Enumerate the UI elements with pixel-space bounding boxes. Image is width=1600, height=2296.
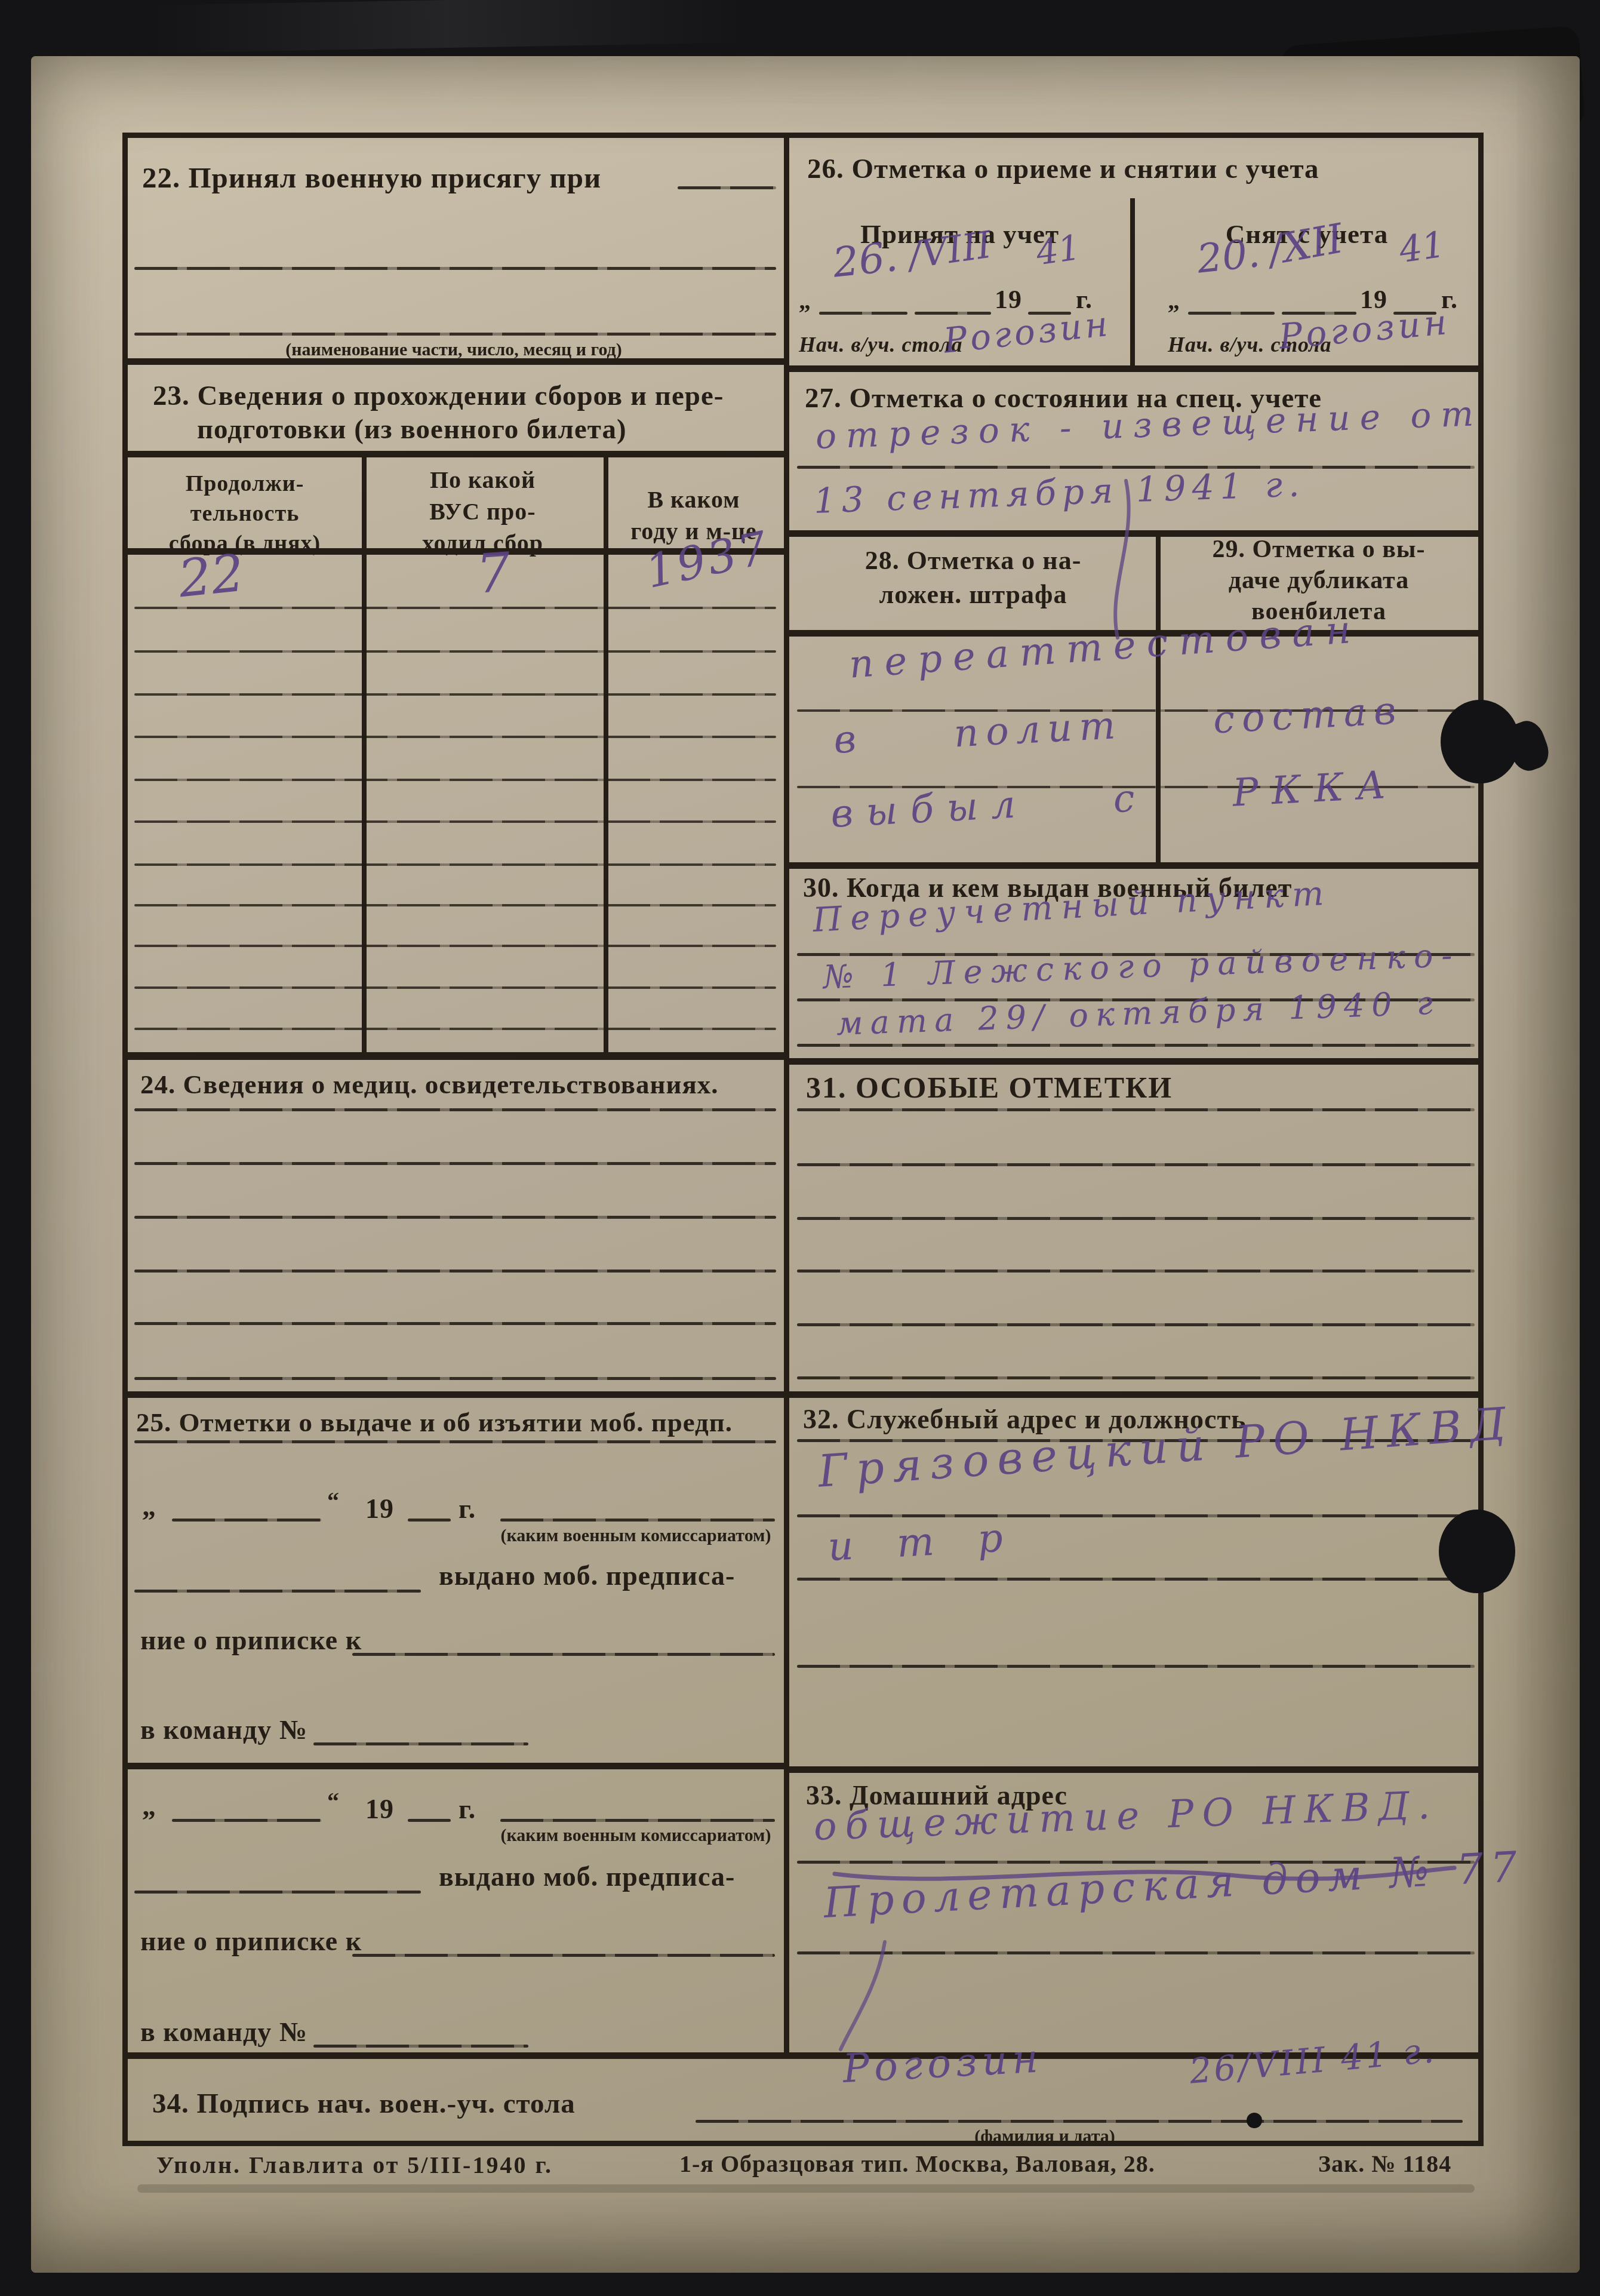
signature-line — [696, 2120, 1463, 2123]
footer-censor-imprint: Уполн. Главлита от 5/III-1940 г. — [156, 2152, 553, 2178]
section-29-title: даче дубликата — [1161, 567, 1476, 594]
year-prefix: 19 — [995, 285, 1022, 314]
rule-line — [797, 1951, 1475, 1954]
table-header-col2: ВУС про- — [362, 499, 604, 524]
section-23-title-line1: 23. Сведения о прохождении сборов и пере… — [153, 381, 724, 411]
table-row-line — [134, 779, 776, 781]
section-divider — [128, 1391, 784, 1398]
table-row-line — [134, 820, 776, 823]
rule-line — [797, 1108, 1475, 1111]
section-divider — [789, 862, 1478, 869]
section-26-title: 26. Отметка о приеме и снятии с учета — [807, 154, 1319, 185]
rule-line — [797, 1376, 1475, 1379]
year-prefix: 19 — [365, 1794, 394, 1824]
commissariat-caption: (каким военным комиссариатом) — [496, 1526, 776, 1545]
rule-line — [915, 312, 991, 315]
section-23-title-line2: подготовки (из военного билета) — [197, 414, 627, 445]
rule-line — [134, 1322, 776, 1325]
section-34-title: 34. Подпись нач. воен.-уч. стола — [152, 2089, 576, 2119]
open-quote: „ — [1168, 288, 1180, 313]
rule-line — [313, 1742, 528, 1745]
footer-smudge — [137, 2184, 1475, 2193]
table-row-line — [134, 986, 776, 989]
handwritten-year: 41 — [1397, 226, 1447, 268]
rule-line — [134, 1590, 421, 1593]
table-row-line — [134, 863, 776, 866]
section-25-title: 25. Отметки о выдаче и об изъятии моб. п… — [136, 1408, 733, 1437]
mob-block-divider — [128, 1763, 784, 1769]
mob-line2: ние о приписке к — [140, 1625, 362, 1655]
section-divider — [128, 358, 784, 365]
hole-punch — [1439, 1510, 1515, 1593]
commissariat-caption: (каким военным комиссариатом) — [496, 1826, 776, 1845]
ink-dot — [1247, 2113, 1262, 2128]
rule-line — [797, 1270, 1475, 1273]
rule-line — [352, 1954, 775, 1957]
mob-line1: выдано моб. предписа- — [439, 1862, 735, 1892]
open-quote: „ — [799, 288, 811, 313]
section-22-title: 22. Принял военную присягу при — [142, 162, 601, 194]
mob-line2: ние о приписке к — [140, 1926, 362, 1956]
table-row-line — [134, 650, 776, 653]
official-label: Нач. в/уч. стола — [799, 333, 962, 356]
rule-line — [500, 1519, 775, 1522]
handwritten-day: 26. — [831, 237, 900, 284]
rule-line — [134, 1216, 776, 1219]
open-quote: „ — [142, 1492, 156, 1522]
rule-line — [134, 267, 776, 270]
rule-line — [797, 1578, 1475, 1581]
table-bottom-border — [128, 1052, 784, 1060]
handwritten-address: и т р — [827, 1517, 1019, 1567]
rule-line — [172, 1519, 321, 1522]
rule-line — [797, 466, 1475, 469]
table-row-line — [134, 945, 776, 947]
rule-line — [172, 1819, 321, 1822]
rule-line — [1188, 312, 1275, 315]
section-24-title: 24. Сведения о медиц. освидетельствовани… — [140, 1070, 719, 1099]
section-26-divider — [1130, 198, 1135, 367]
background-streak — [149, 0, 746, 53]
handwritten-days: 22 — [176, 548, 247, 605]
close-quote: “ — [327, 1488, 340, 1514]
rule-line — [313, 2045, 528, 2048]
table-top-border — [128, 451, 784, 457]
rule-line — [797, 1217, 1475, 1220]
open-quote: „ — [142, 1791, 156, 1821]
rule-line — [134, 1162, 776, 1165]
rule-line — [797, 1044, 1475, 1047]
section-divider — [789, 365, 1478, 372]
mob-line3: в команду № — [140, 1715, 307, 1745]
close-quote: “ — [327, 1788, 340, 1814]
table-row-line — [134, 607, 776, 609]
table-header-col1: Продолжи- — [128, 472, 362, 496]
section-divider — [789, 1058, 1478, 1065]
rule-line — [797, 1665, 1475, 1668]
rule-line — [134, 1891, 421, 1894]
table-row-line — [134, 904, 776, 906]
rule-line — [500, 1819, 775, 1822]
section-29-title: 29. Отметка о вы- — [1161, 536, 1476, 563]
rule-line — [134, 1270, 776, 1273]
table-header-col3: В каком — [604, 487, 784, 512]
column-divider — [784, 133, 789, 2052]
section-divider — [789, 1766, 1478, 1773]
rule-line — [134, 1108, 776, 1111]
mob-line1: выдано моб. предписа- — [439, 1561, 735, 1591]
rule-line — [352, 1653, 775, 1656]
rule-line — [678, 186, 776, 189]
section-34-caption: (фамилия и дата) — [919, 2127, 1170, 2146]
rule-line — [408, 1819, 451, 1822]
handwritten-vus: 7 — [475, 546, 512, 602]
table-header-col1: тельность — [128, 502, 362, 526]
handwritten-day: 20. — [1195, 233, 1261, 279]
table-header-col2: По какой — [362, 467, 604, 493]
handwritten-signature: Рогозин — [842, 2039, 1044, 2088]
rule-line — [134, 1377, 776, 1380]
rule-line — [134, 1440, 776, 1443]
rule-line — [134, 333, 776, 336]
year-suffix: г. — [459, 1494, 476, 1524]
table-row-line — [134, 736, 776, 738]
table-row-line — [134, 1028, 776, 1030]
rule-line — [408, 1519, 451, 1522]
table-row-line — [134, 693, 776, 696]
handwritten-year: 41 — [1034, 230, 1082, 271]
section-31-title: 31. ОСОБЫЕ ОТМЕТКИ — [806, 1071, 1173, 1104]
section-28-title: 28. Отметка о на- — [794, 546, 1152, 575]
rule-line — [797, 1163, 1475, 1166]
footer-order-number: Зак. № 1184 — [1318, 2151, 1451, 2177]
footer-printer-imprint: 1-я Образцовая тип. Москва, Валовая, 28. — [679, 2151, 1155, 2177]
rule-line — [819, 312, 907, 315]
year-prefix: 19 — [365, 1494, 394, 1524]
handwritten-month: /XII — [1266, 219, 1346, 272]
section-28-title: ложен. штрафа — [794, 580, 1152, 609]
rule-line — [797, 1323, 1475, 1326]
handwritten-month: /VIII — [906, 226, 993, 275]
scanned-military-registration-card: { "colors":{"paper":"#b4a996","ink":"#24… — [0, 0, 1600, 2296]
section-22-caption: (наименование части, число, месяц и год) — [197, 340, 710, 359]
section-divider — [789, 1391, 1478, 1398]
year-suffix: г. — [459, 1794, 476, 1824]
mob-line3: в команду № — [140, 2017, 307, 2047]
rule-line — [797, 1514, 1475, 1517]
